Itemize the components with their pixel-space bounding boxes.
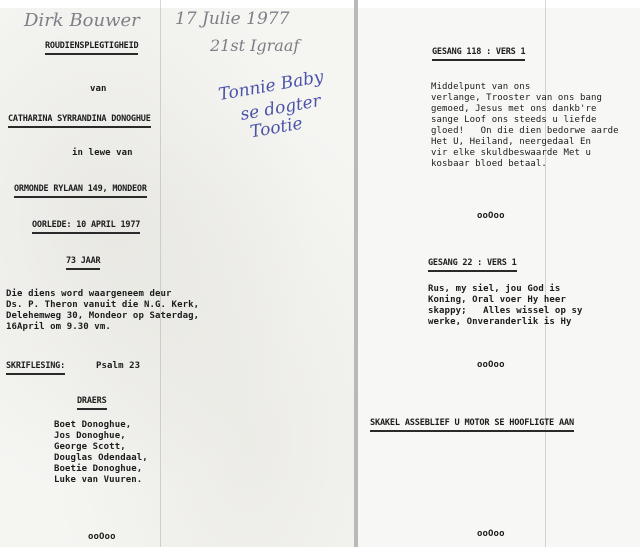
hymn-1-line: sange Loof ons steeds u liefde	[431, 115, 597, 126]
deceased-name: CATHARINA SYRRANDINA DONOGHUE	[8, 114, 151, 128]
scripture-label: SKRIFLESING:	[6, 361, 65, 375]
address: ORMONDE RYLAAN 149, MONDEOR	[14, 184, 147, 198]
hymn-1-line: vir elke skuldbeswaarde Met u	[431, 148, 591, 159]
divider-ornament: ooOoo	[477, 211, 505, 222]
divider-ornament: ooOoo	[477, 529, 505, 540]
bearer-item: Luke van Vuuren.	[54, 475, 142, 486]
hymn-2-line: Rus, my siel, jou God is	[428, 284, 560, 295]
hymn-2-line: skappy; Alles wissel op sy	[428, 306, 583, 317]
service-line: Delehemweg 30, Mondeor op Saterdag,	[6, 311, 199, 322]
bearer-item: Douglas Odendaal,	[54, 453, 148, 464]
hymn-1-line: Middelpunt van ons	[431, 82, 530, 93]
hymn-1-line: verlange, Trooster van ons bang	[431, 93, 602, 104]
hymn-2-line: werke, Onveranderlik is Hy	[428, 317, 571, 328]
hymn-1-line: gemoed, Jesus met ons dankb're	[431, 104, 597, 115]
headlights-notice: SKAKEL ASSEBLIEF U MOTOR SE HOOFLIGTE AA…	[370, 418, 574, 432]
van-text: van	[90, 84, 107, 95]
hymn-1-line: Het U, Heiland, neergedaal En	[431, 137, 591, 148]
bearer-item: Boetie Donoghue,	[54, 464, 142, 475]
service-line: Die diens word waargeneem deur	[6, 289, 172, 300]
fold-line	[160, 0, 161, 547]
divider-ornament: ooOoo	[88, 532, 116, 543]
divider-ornament: ooOoo	[477, 360, 505, 371]
handwritten-grave: 21st Igraaf	[210, 36, 299, 55]
handwritten-date: 17 Julie 1977	[175, 9, 289, 29]
service-line: 16April om 9.30 vm.	[6, 322, 111, 333]
bearer-item: George Scott,	[54, 442, 126, 453]
service-line: Ds. P. Theron vanuit die N.G. Kerk,	[6, 300, 199, 311]
in-lewe-van-text: in lewe van	[72, 148, 133, 159]
date-of-death: OORLEDE: 10 APRIL 1977	[32, 220, 140, 234]
hymn-2-line: Koning, Oral voer Hy heer	[428, 295, 566, 306]
handwritten-name: Dirk Bouwer	[24, 10, 140, 31]
scripture-value: Psalm 23	[96, 361, 140, 372]
hymn-2-heading: GESANG 22 : VERS 1	[428, 258, 517, 272]
age: 73 JAAR	[66, 256, 100, 270]
bearer-item: Boet Donoghue,	[54, 420, 131, 431]
program-heading: ROUDIENSPLEGTIGHEID	[45, 41, 138, 55]
bearers-heading: DRAERS	[77, 396, 107, 410]
fold-line	[545, 0, 546, 547]
hymn-1-line: gloed! On die dien bedorwe aarde	[431, 126, 619, 137]
hymn-1-heading: GESANG 118 : VERS 1	[432, 47, 525, 61]
hymn-1-line: kosbaar bloed betaal.	[431, 159, 547, 170]
bearer-item: Jos Donoghue,	[54, 431, 126, 442]
